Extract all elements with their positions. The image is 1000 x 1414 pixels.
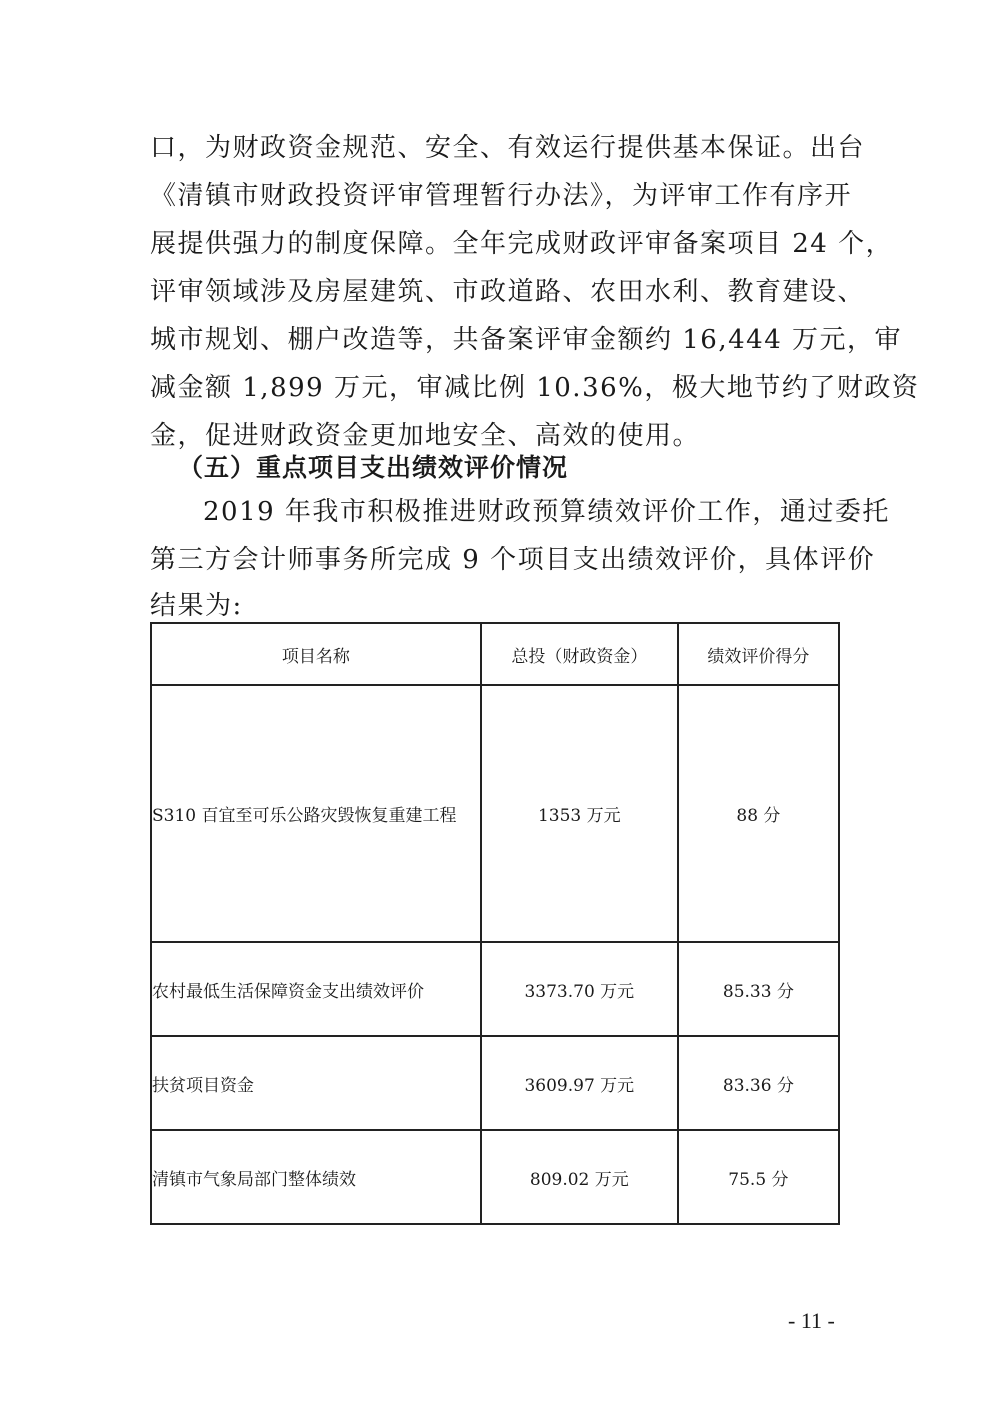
paragraph-line: 《清镇市财政投资评审管理暂行办法》，为评审工作有序开 [150, 176, 850, 216]
cell-score: 88 分 [678, 685, 839, 942]
section-heading: （五）重点项目支出绩效评价情况 [178, 448, 568, 484]
header-project-name: 项目名称 [151, 623, 481, 685]
paragraph-line: 口，为财政资金规范、安全、有效运行提供基本保证。出台 [150, 128, 850, 168]
table-row: 农村最低生活保障资金支出绩效评价 3373.70 万元 85.33 分 [151, 942, 839, 1036]
paragraph-line: 评审领域涉及房屋建筑、市政道路、农田水利、教育建设、 [150, 272, 850, 312]
cell-project-name: 农村最低生活保障资金支出绩效评价 [151, 942, 481, 1036]
cell-investment: 3609.97 万元 [481, 1036, 678, 1130]
paragraph-line: 第三方会计师事务所完成 9 个项目支出绩效评价，具体评价 [150, 540, 850, 580]
table-header-row: 项目名称 总投（财政资金） 绩效评价得分 [151, 623, 839, 685]
cell-investment: 3373.70 万元 [481, 942, 678, 1036]
table-row: S310 百宜至可乐公路灾毁恢复重建工程 1353 万元 88 分 [151, 685, 839, 942]
cell-score: 75.5 分 [678, 1130, 839, 1224]
cell-investment: 1353 万元 [481, 685, 678, 942]
paragraph-line: 城市规划、棚户改造等，共备案评审金额约 16,444 万元，审 [150, 320, 850, 360]
paragraph-line: 展提供强力的制度保障。全年完成财政评审备案项目 24 个， [150, 224, 850, 264]
cell-score: 83.36 分 [678, 1036, 839, 1130]
header-score: 绩效评价得分 [678, 623, 839, 685]
table-row: 清镇市气象局部门整体绩效 809.02 万元 75.5 分 [151, 1130, 839, 1224]
cell-investment: 809.02 万元 [481, 1130, 678, 1224]
page-number: - 11 - [788, 1308, 835, 1334]
paragraph-line: 减金额 1,899 万元，审减比例 10.36%，极大地节约了财政资 [150, 368, 850, 408]
cell-project-name: 扶贫项目资金 [151, 1036, 481, 1130]
evaluation-results-table: 项目名称 总投（财政资金） 绩效评价得分 S310 百宜至可乐公路灾毁恢复重建工… [150, 622, 840, 1225]
header-investment: 总投（财政资金） [481, 623, 678, 685]
cell-score: 85.33 分 [678, 942, 839, 1036]
cell-project-name: S310 百宜至可乐公路灾毁恢复重建工程 [151, 685, 481, 942]
table-row: 扶贫项目资金 3609.97 万元 83.36 分 [151, 1036, 839, 1130]
cell-project-name: 清镇市气象局部门整体绩效 [151, 1130, 481, 1224]
paragraph-line: 结果为: [150, 586, 850, 626]
paragraph-line: 2019 年我市积极推进财政预算绩效评价工作，通过委托 [203, 492, 850, 532]
